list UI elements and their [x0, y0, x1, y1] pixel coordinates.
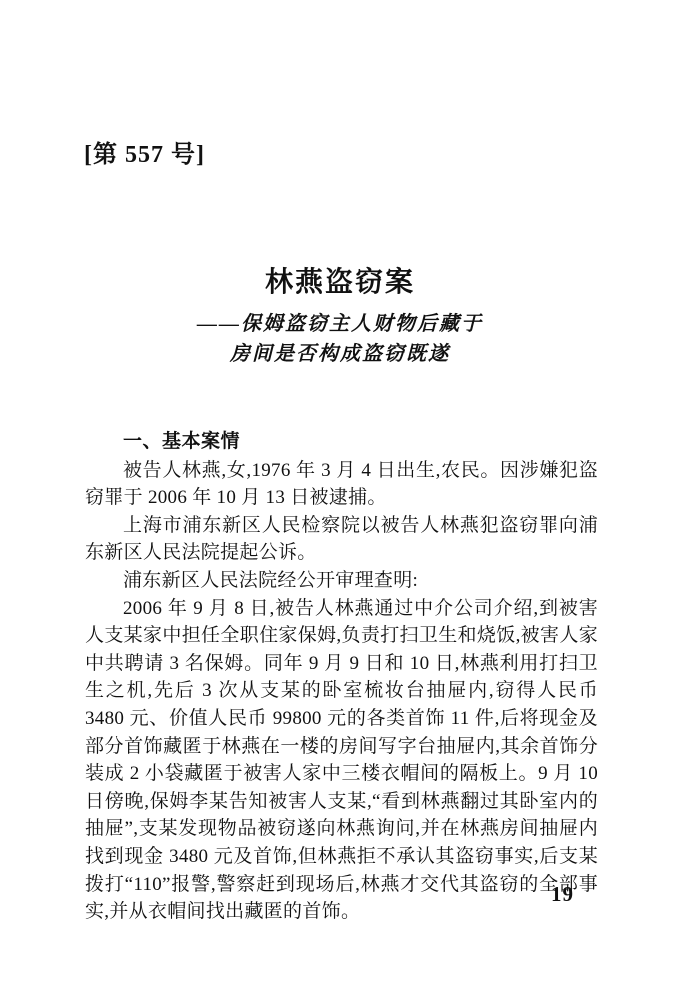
- paragraph-defendant-info: 被告人林燕,女,1976 年 3 月 4 日出生,农民。因涉嫌犯盗窃罪于 200…: [85, 457, 598, 512]
- body-content: 一、基本案情 被告人林燕,女,1976 年 3 月 4 日出生,农民。因涉嫌犯盗…: [85, 428, 598, 926]
- case-subtitle-line-1: ——保姆盗窃主人财物后藏于: [0, 309, 680, 339]
- case-number-label: [第 557 号]: [84, 134, 205, 169]
- paragraph-prosecution: 上海市浦东新区人民检察院以被告人林燕犯盗窃罪向浦东新区人民法院提起公诉。: [85, 512, 598, 567]
- page-number: 19: [551, 882, 574, 907]
- paragraph-court-trial: 浦东新区人民法院经公开审理查明:: [85, 567, 598, 595]
- section-heading-basic-facts: 一、基本案情: [85, 428, 598, 456]
- case-title: 林燕盗窃案: [0, 266, 680, 300]
- paragraph-case-facts: 2006 年 9 月 8 日,被告人林燕通过中介公司介绍,到被害人支某家中担任全…: [85, 595, 598, 926]
- title-block: 林燕盗窃案 ——保姆盗窃主人财物后藏于 房间是否构成盗窃既遂: [0, 266, 680, 369]
- case-subtitle: ——保姆盗窃主人财物后藏于 房间是否构成盗窃既遂: [0, 309, 680, 369]
- document-page: [第 557 号] 林燕盗窃案 ——保姆盗窃主人财物后藏于 房间是否构成盗窃既遂…: [0, 0, 680, 999]
- case-subtitle-line-2: 房间是否构成盗窃既遂: [0, 339, 680, 369]
